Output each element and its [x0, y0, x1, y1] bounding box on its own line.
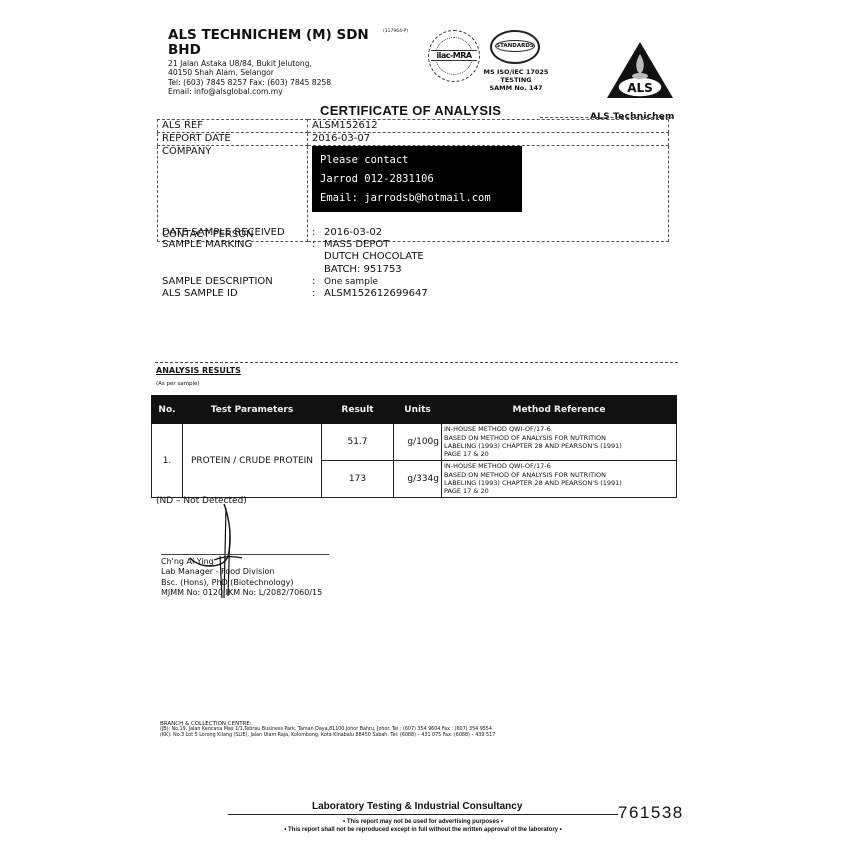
- company-address: 21 Jalan Astaka U8/84, Bukit Jelutong, 4…: [168, 59, 331, 97]
- redaction-line: Please contact: [320, 151, 514, 170]
- accreditation-text: MS ISO/IEC 17025 TESTING SAMM No. 147: [476, 68, 556, 92]
- report-date-label: REPORT DATE: [158, 133, 308, 146]
- result-value: 51.7: [322, 424, 394, 461]
- separator: :: [312, 239, 324, 276]
- redaction-box: Please contact Jarrod 012-2831106 Email:…: [312, 146, 522, 212]
- date-received-value: 2016-03-02: [324, 227, 382, 239]
- email-line: Email: info@alsglobal.com.my: [168, 87, 331, 96]
- method-line: IN-HOUSE METHOD QWI-OF/17-6: [444, 462, 674, 470]
- info-row: ALS REF ALSM152612: [158, 120, 669, 133]
- analysis-results-subtitle: (As per sample): [156, 381, 200, 387]
- sample-marking-label: SAMPLE MARKING: [162, 239, 312, 276]
- col-no: No.: [152, 396, 183, 424]
- col-method-reference: Method Reference: [442, 396, 677, 424]
- detail-row: SAMPLE DESCRIPTION : One sample: [162, 276, 428, 288]
- analysis-results-title: ANALYSIS RESULTS: [156, 366, 241, 375]
- detail-row: ALS SAMPLE ID : ALSM152612699647: [162, 288, 428, 300]
- sample-description-value: One sample: [324, 276, 378, 288]
- company-label: COMPANY: [162, 146, 211, 157]
- serial-number: 761538: [618, 803, 684, 823]
- date-received-label: DATE SAMPLE RECEIVED: [162, 227, 312, 239]
- signature-line: [161, 554, 329, 555]
- sample-id-label: ALS SAMPLE ID: [162, 288, 312, 300]
- method-line: BASED ON METHOD OF ANALYSIS FOR NUTRITIO…: [444, 434, 674, 442]
- signatory-qualification: Bsc. (Hons), PhD (Biotechnology): [161, 578, 322, 588]
- separator: :: [312, 227, 324, 239]
- accreditation-number: SAMM No. 147: [476, 84, 556, 92]
- separator: :: [312, 276, 324, 288]
- result-value: 173: [322, 461, 394, 498]
- ilac-label: ilac-MRA: [431, 50, 477, 61]
- signatory-name: Ch'ng Ai Ying: [161, 557, 322, 567]
- sample-details: DATE SAMPLE RECEIVED : 2016-03-02 SAMPLE…: [162, 227, 428, 300]
- test-parameter: PROTEIN / CRUDE PROTEIN: [183, 424, 322, 498]
- signatory-registration: MJMM No: 0120 IKM No: L/2082/7060/15: [161, 588, 322, 598]
- detail-row: SAMPLE MARKING : MASS DEPOT DUTCH CHOCOL…: [162, 239, 428, 276]
- result-units: g/334g: [394, 461, 442, 498]
- info-row: REPORT DATE 2016-03-07: [158, 133, 669, 146]
- col-units: Units: [394, 396, 442, 424]
- marking-line: MASS DEPOT: [324, 239, 424, 251]
- section-divider: [155, 362, 678, 363]
- registration-number: (117964-P): [383, 29, 408, 34]
- sample-id-value: ALSM152612699647: [324, 288, 428, 300]
- standards-label: STANDARDS: [495, 40, 535, 52]
- sample-marking-value: MASS DEPOT DUTCH CHOCOLATE BATCH: 951753: [324, 239, 424, 276]
- col-result: Result: [322, 396, 394, 424]
- method-line: IN-HOUSE METHOD QWI-OF/17-6: [444, 425, 674, 433]
- report-date-value: 2016-03-07: [308, 133, 669, 146]
- method-line: PAGE 17 & 20: [444, 487, 674, 495]
- table-row: 1. PROTEIN / CRUDE PROTEIN 51.7 g/100g I…: [152, 424, 677, 461]
- als-triangle-logo-icon: ALS: [605, 40, 675, 102]
- method-reference: IN-HOUSE METHOD QWI-OF/17-6 BASED ON MET…: [442, 461, 677, 498]
- phone-fax-line: Tel: (603) 7845 8257 Fax: (603) 7845 825…: [168, 78, 331, 87]
- header-divider: [540, 117, 674, 118]
- separator: :: [312, 288, 324, 300]
- footer-rule: [228, 814, 618, 815]
- sample-description-label: SAMPLE DESCRIPTION: [162, 276, 312, 288]
- footer-title: Laboratory Testing & Industrial Consulta…: [312, 801, 522, 812]
- redaction-email: Email: jarrodsb@hotmail.com: [320, 189, 514, 208]
- accreditation-type: TESTING: [476, 76, 556, 84]
- accreditation-standard: MS ISO/IEC 17025: [476, 68, 556, 76]
- address-line: 21 Jalan Astaka U8/84, Bukit Jelutong,: [168, 59, 331, 68]
- method-reference: IN-HOUSE METHOD QWI-OF/17-6 BASED ON MET…: [442, 424, 677, 461]
- ilac-mra-logo: ilac-MRA: [428, 30, 480, 82]
- signatory-title: Lab Manager - Food Division: [161, 567, 322, 577]
- marking-line: BATCH: 951753: [324, 264, 424, 276]
- method-line: LABELING (1993) CHAPTER 28 AND PEARSON'S…: [444, 442, 674, 450]
- result-units: g/100g: [394, 424, 442, 461]
- detail-row: DATE SAMPLE RECEIVED : 2016-03-02: [162, 227, 428, 239]
- branch-centres: BRANCH & COLLECTION CENTRE: (JB): No.19,…: [160, 721, 495, 740]
- footer-advertising-note: • This report may not be used for advert…: [228, 819, 618, 825]
- row-number: 1.: [152, 424, 183, 498]
- svg-text:ALS: ALS: [627, 81, 653, 95]
- method-line: PAGE 17 & 20: [444, 450, 674, 458]
- method-line: LABELING (1993) CHAPTER 28 AND PEARSON'S…: [444, 479, 674, 487]
- als-ref-value: ALSM152612: [308, 120, 669, 133]
- branch-kk: (KK): No.3 Lot 5 Lorong Kilang (SLIE), J…: [160, 733, 495, 739]
- standards-malaysia-logo: STANDARDS: [490, 30, 540, 64]
- method-line: BASED ON METHOD OF ANALYSIS FOR NUTRITIO…: [444, 471, 674, 479]
- company-name: ALS TECHNICHEM (M) SDN BHD: [168, 28, 398, 58]
- address-line: 40150 Shah Alam, Selangor: [168, 68, 331, 77]
- col-test-parameters: Test Parameters: [183, 396, 322, 424]
- footer-reproduction-note: • This report shall not be reproduced ex…: [228, 827, 618, 833]
- als-ref-label: ALS REF: [158, 120, 308, 133]
- results-table: No. Test Parameters Result Units Method …: [151, 395, 677, 498]
- marking-line: DUTCH CHOCOLATE: [324, 251, 424, 263]
- results-header-row: No. Test Parameters Result Units Method …: [152, 396, 677, 424]
- redaction-phone: Jarrod 012-2831106: [320, 170, 514, 189]
- signatory-block: Ch'ng Ai Ying Lab Manager - Food Divisio…: [161, 557, 322, 598]
- certificate-title: CERTIFICATE OF ANALYSIS: [320, 103, 501, 118]
